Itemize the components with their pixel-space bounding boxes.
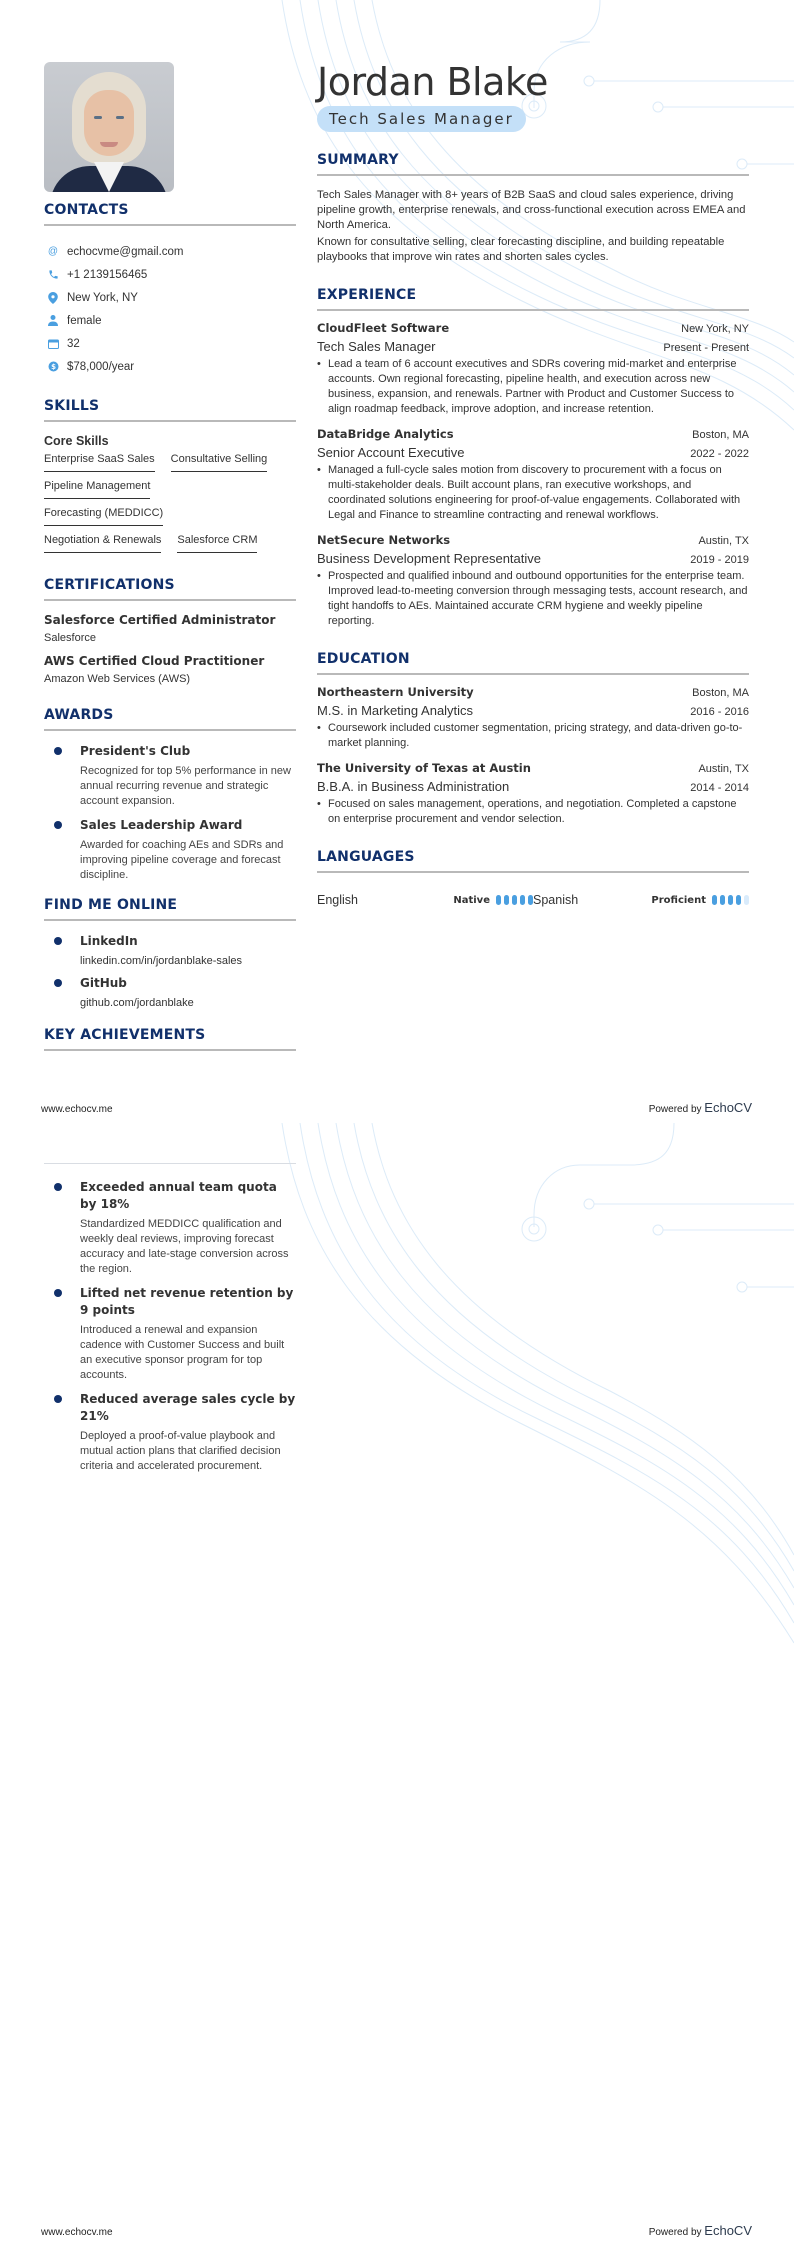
- rating-dot-icon: [496, 895, 501, 905]
- language-item: Spanish Proficient: [533, 893, 749, 907]
- summary-paragraph: Known for consultative selling, clear fo…: [317, 235, 749, 265]
- footer-site-link[interactable]: www.echocv.me: [41, 1104, 113, 1115]
- education-heading: EDUCATION: [317, 651, 749, 675]
- contact-email[interactable]: @ echocvme@gmail.com: [44, 240, 296, 263]
- skills-group-label: Core Skills: [44, 434, 296, 448]
- education-description: Coursework included customer segmentatio…: [317, 721, 749, 751]
- svg-text:$: $: [51, 363, 56, 371]
- bullet-dot-icon: [54, 979, 62, 987]
- cert-name: AWS Certified Cloud Practitioner: [44, 654, 296, 668]
- contact-gender: female: [44, 309, 296, 332]
- online-heading: FIND ME ONLINE: [44, 897, 296, 921]
- experience-entry: NetSecure Networks Austin, TX Business D…: [317, 533, 749, 629]
- language-rating: [496, 895, 533, 905]
- language-item: English Native: [317, 893, 533, 907]
- school-location: Boston, MA: [692, 687, 749, 699]
- skill-tag: Pipeline Management: [44, 478, 150, 499]
- language-name: English: [317, 893, 453, 907]
- bullet-dot-icon: [54, 937, 62, 945]
- degree: B.B.A. in Business Administration: [317, 779, 509, 794]
- language-rating: [712, 895, 749, 905]
- contact-phone[interactable]: +1 2139156465: [44, 263, 296, 286]
- achievements-heading: KEY ACHIEVEMENTS: [44, 1027, 296, 1051]
- awards-section: AWARDS President's Club Recognized for t…: [44, 707, 296, 883]
- languages-section: LANGUAGES English Native Spanish Profici…: [317, 849, 749, 907]
- bullet-dot-icon: [54, 1183, 62, 1191]
- experience-entry: DataBridge Analytics Boston, MA Senior A…: [317, 427, 749, 523]
- calendar-icon: [44, 339, 62, 349]
- footer-powered-by[interactable]: Powered by EchoCV: [649, 1100, 752, 1115]
- online-item-github[interactable]: GitHub github.com/jordanblake: [44, 975, 296, 1009]
- contacts-section: CONTACTS @ echocvme@gmail.com +1 2139156…: [44, 202, 296, 378]
- summary-section: SUMMARY Tech Sales Manager with 8+ years…: [317, 152, 749, 265]
- online-item-linkedin[interactable]: LinkedIn linkedin.com/in/jordanblake-sal…: [44, 933, 296, 967]
- achievements-section: KEY ACHIEVEMENTS: [44, 1027, 296, 1051]
- skill-tag: Forecasting (MEDDICC): [44, 505, 163, 526]
- cert-name: Salesforce Certified Administrator: [44, 613, 296, 627]
- language-level: Native: [453, 895, 490, 906]
- location-pin-icon: [44, 292, 62, 304]
- education-dates: 2014 - 2014: [690, 782, 749, 794]
- award-item: President's Club Recognized for top 5% p…: [44, 743, 296, 809]
- education-section: EDUCATION Northeastern University Boston…: [317, 651, 749, 827]
- online-section: FIND ME ONLINE LinkedIn linkedin.com/in/…: [44, 897, 296, 1009]
- at-icon: @: [44, 246, 62, 257]
- brand-logo: EchoCV: [704, 2223, 752, 2238]
- cert-issuer: Salesforce: [44, 632, 296, 644]
- job-dates: 2019 - 2019: [690, 554, 749, 566]
- rating-dot-icon: [712, 895, 717, 905]
- skill-tag: Consultative Selling: [171, 451, 268, 472]
- degree: M.S. in Marketing Analytics: [317, 703, 473, 718]
- achievement-item: Reduced average sales cycle by 21% Deplo…: [44, 1391, 296, 1474]
- language-name: Spanish: [533, 893, 651, 907]
- skills-heading: SKILLS: [44, 398, 296, 422]
- company-name: DataBridge Analytics: [317, 427, 454, 441]
- linkedin-link[interactable]: linkedin.com/in/jordanblake-sales: [80, 955, 296, 967]
- rating-dot-icon: [512, 895, 517, 905]
- company-name: CloudFleet Software: [317, 321, 449, 335]
- award-item: Sales Leadership Award Awarded for coach…: [44, 817, 296, 883]
- job-description: Managed a full-cycle sales motion from d…: [317, 463, 749, 523]
- bullet-dot-icon: [54, 1395, 62, 1403]
- school-name: Northeastern University: [317, 685, 474, 699]
- brand-logo: EchoCV: [704, 1100, 752, 1115]
- contact-location: New York, NY: [44, 286, 296, 309]
- candidate-name: Jordan Blake: [317, 60, 749, 104]
- summary-heading: SUMMARY: [317, 152, 749, 176]
- job-role: Senior Account Executive: [317, 445, 464, 460]
- job-role: Tech Sales Manager: [317, 339, 436, 354]
- phone-icon: [44, 269, 62, 280]
- contact-age: 32: [44, 332, 296, 355]
- left-column: CONTACTS @ echocvme@gmail.com +1 2139156…: [44, 62, 296, 1051]
- rating-dot-icon: [520, 895, 525, 905]
- education-entry: Northeastern University Boston, MA M.S. …: [317, 685, 749, 751]
- skills-section: SKILLS Core Skills Enterprise SaaS Sales…: [44, 398, 296, 559]
- rating-dot-icon: [728, 895, 733, 905]
- section-divider: [44, 1163, 296, 1164]
- school-location: Austin, TX: [698, 763, 749, 775]
- achievement-item: Lifted net revenue retention by 9 points…: [44, 1285, 296, 1383]
- footer-powered-by[interactable]: Powered by EchoCV: [649, 2223, 752, 2238]
- person-icon: [44, 315, 62, 326]
- resume-page-1: CONTACTS @ echocvme@gmail.com +1 2139156…: [0, 0, 794, 1123]
- rating-dot-icon: [736, 895, 741, 905]
- skill-tag: Salesforce CRM: [177, 532, 257, 553]
- bullet-dot-icon: [54, 747, 62, 755]
- job-dates: Present - Present: [663, 342, 749, 354]
- achievement-item: Exceeded annual team quota by 18% Standa…: [44, 1179, 296, 1277]
- job-location: New York, NY: [681, 323, 749, 335]
- profile-photo: [44, 62, 174, 192]
- certifications-section: CERTIFICATIONS Salesforce Certified Admi…: [44, 577, 296, 685]
- rating-dot-icon: [504, 895, 509, 905]
- experience-heading: EXPERIENCE: [317, 287, 749, 311]
- job-description: Prospected and qualified inbound and out…: [317, 569, 749, 629]
- github-link[interactable]: github.com/jordanblake: [80, 997, 296, 1009]
- job-description: Lead a team of 6 account executives and …: [317, 357, 749, 417]
- school-name: The University of Texas at Austin: [317, 761, 531, 775]
- language-level: Proficient: [651, 895, 706, 906]
- job-dates: 2022 - 2022: [690, 448, 749, 460]
- bullet-dot-icon: [54, 1289, 62, 1297]
- skill-tag: Enterprise SaaS Sales: [44, 451, 155, 472]
- bullet-dot-icon: [54, 821, 62, 829]
- left-column-continued: Exceeded annual team quota by 18% Standa…: [44, 1179, 296, 1482]
- contact-salary: $ $78,000/year: [44, 355, 296, 378]
- cert-issuer: Amazon Web Services (AWS): [44, 673, 296, 685]
- education-description: Focused on sales management, operations,…: [317, 797, 749, 827]
- certifications-heading: CERTIFICATIONS: [44, 577, 296, 601]
- languages-heading: LANGUAGES: [317, 849, 749, 873]
- skill-tag: Negotiation & Renewals: [44, 532, 161, 553]
- contacts-heading: CONTACTS: [44, 202, 296, 226]
- right-column: Jordan Blake Tech Sales Manager SUMMARY …: [317, 60, 749, 907]
- experience-section: EXPERIENCE CloudFleet Software New York,…: [317, 287, 749, 629]
- rating-dot-icon: [744, 895, 749, 905]
- education-dates: 2016 - 2016: [690, 706, 749, 718]
- experience-entry: CloudFleet Software New York, NY Tech Sa…: [317, 321, 749, 417]
- summary-paragraph: Tech Sales Manager with 8+ years of B2B …: [317, 188, 749, 233]
- awards-heading: AWARDS: [44, 707, 296, 731]
- salary-icon: $: [44, 361, 62, 372]
- rating-dot-icon: [720, 895, 725, 905]
- company-name: NetSecure Networks: [317, 533, 450, 547]
- resume-page-2: Exceeded annual team quota by 18% Standa…: [0, 1123, 794, 2246]
- job-title-badge: Tech Sales Manager: [317, 106, 526, 132]
- education-entry: The University of Texas at Austin Austin…: [317, 761, 749, 827]
- job-location: Boston, MA: [692, 429, 749, 441]
- job-location: Austin, TX: [698, 535, 749, 547]
- job-role: Business Development Representative: [317, 551, 541, 566]
- footer-site-link[interactable]: www.echocv.me: [41, 2227, 113, 2238]
